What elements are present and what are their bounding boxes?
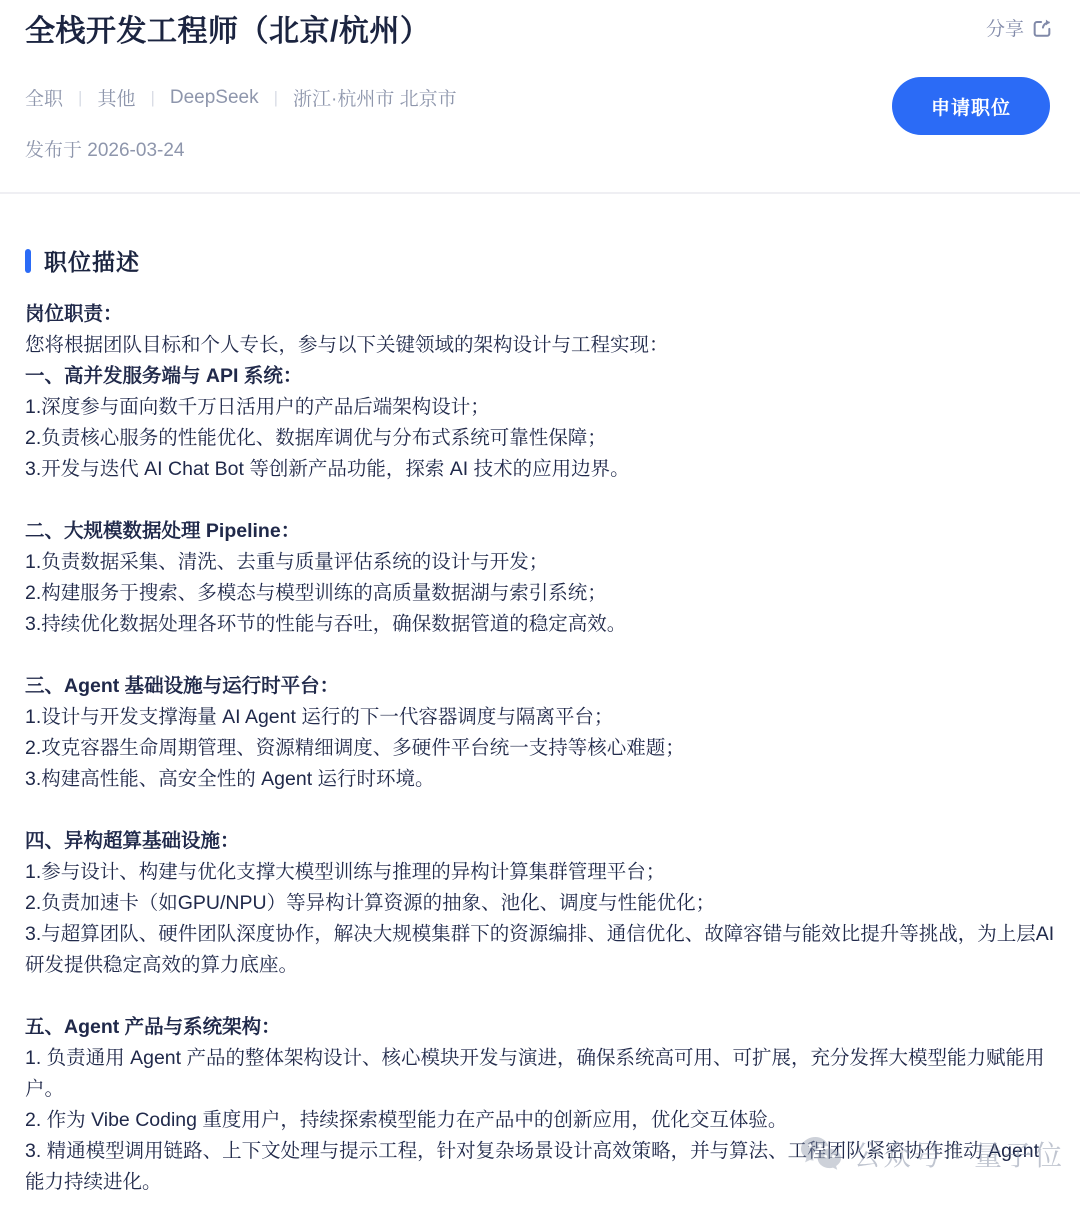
apply-button[interactable]: 申请职位 xyxy=(892,77,1050,135)
description-line: 1.负责数据采集、清洗、去重与质量评估系统的设计与开发； xyxy=(25,547,1055,578)
description-line: 3.构建高性能、高安全性的 Agent 运行时环境。 xyxy=(25,764,1055,795)
description-line: 1. 负责通用 Agent 产品的整体架构设计、核心模块开发与演进，确保系统高可… xyxy=(25,1043,1055,1105)
share-label: 分享 xyxy=(986,14,1024,41)
description-heading: 五、Agent 产品与系统架构： xyxy=(25,1012,1055,1043)
description-line: 2.构建服务于搜索、多模态与模型训练的高质量数据湖与索引系统； xyxy=(25,578,1055,609)
tag-separator: | xyxy=(274,88,278,108)
job-tag: 全职 xyxy=(25,84,63,111)
page-title: 全栈开发工程师（北京/杭州） xyxy=(25,12,1055,52)
tag-separator: | xyxy=(150,88,154,108)
job-header: 全栈开发工程师（北京/杭州） 分享 全职|其他|DeepSeek|浙江·杭州市 … xyxy=(25,0,1055,162)
description-line: 1.参与设计、构建与优化支撑大模型训练与推理的异构计算集群管理平台； xyxy=(25,857,1055,888)
description-heading: 二、大规模数据处理 Pipeline： xyxy=(25,516,1055,547)
description-line: 2.负责加速卡（如GPU/NPU）等异构计算资源的抽象、池化、调度与性能优化； xyxy=(25,888,1055,919)
description-line: 3.与超算团队、硬件团队深度协作，解决大规模集群下的资源编排、通信优化、故障容错… xyxy=(25,919,1055,981)
description-heading: 岗位职责： xyxy=(25,299,1055,330)
section-header: 职位描述 xyxy=(25,244,1055,277)
description-line: 3.持续优化数据处理各环节的性能与吞吐，确保数据管道的稳定高效。 xyxy=(25,609,1055,640)
description-heading: 一、高并发服务端与 API 系统： xyxy=(25,361,1055,392)
description-line: 1.设计与开发支撑海量 AI Agent 运行的下一代容器调度与隔离平台； xyxy=(25,702,1055,733)
description-heading: 三、Agent 基础设施与运行时平台： xyxy=(25,671,1055,702)
job-posting-page: 全栈开发工程师（北京/杭州） 分享 全职|其他|DeepSeek|浙江·杭州市 … xyxy=(0,0,1080,1198)
description-line: 您将根据团队目标和个人专长，参与以下关键领域的架构设计与工程实现： xyxy=(25,330,1055,361)
published-date: 发布于 2026-03-24 xyxy=(25,135,1055,162)
tag-separator: | xyxy=(78,88,82,108)
description-heading: 四、异构超算基础设施： xyxy=(25,826,1055,857)
section-title: 职位描述 xyxy=(44,244,140,277)
job-tag: DeepSeek xyxy=(170,87,259,109)
description-line: 2.负责核心服务的性能优化、数据库调优与分布式系统可靠性保障； xyxy=(25,423,1055,454)
description-line: 2. 作为 Vibe Coding 重度用户，持续探索模型能力在产品中的创新应用… xyxy=(25,1105,1055,1136)
share-button[interactable]: 分享 xyxy=(986,14,1053,41)
job-description-body: 岗位职责：您将根据团队目标和个人专长，参与以下关键领域的架构设计与工程实现：一、… xyxy=(25,299,1055,1198)
description-line: 3. 精通模型调用链路、上下文处理与提示工程，针对复杂场景设计高效策略，并与算法… xyxy=(25,1136,1055,1198)
section-accent-bar xyxy=(25,249,31,273)
description-line: 3.开发与迭代 AI Chat Bot 等创新产品功能，探索 AI 技术的应用边… xyxy=(25,454,1055,485)
share-icon xyxy=(1031,17,1053,39)
job-tag: 浙江·杭州市 北京市 xyxy=(293,84,457,111)
description-line: 1.深度参与面向数千万日活用户的产品后端架构设计； xyxy=(25,392,1055,423)
job-tag: 其他 xyxy=(97,84,135,111)
description-line: 2.攻克容器生命周期管理、资源精细调度、多硬件平台统一支持等核心难题； xyxy=(25,733,1055,764)
header-divider xyxy=(0,192,1080,194)
